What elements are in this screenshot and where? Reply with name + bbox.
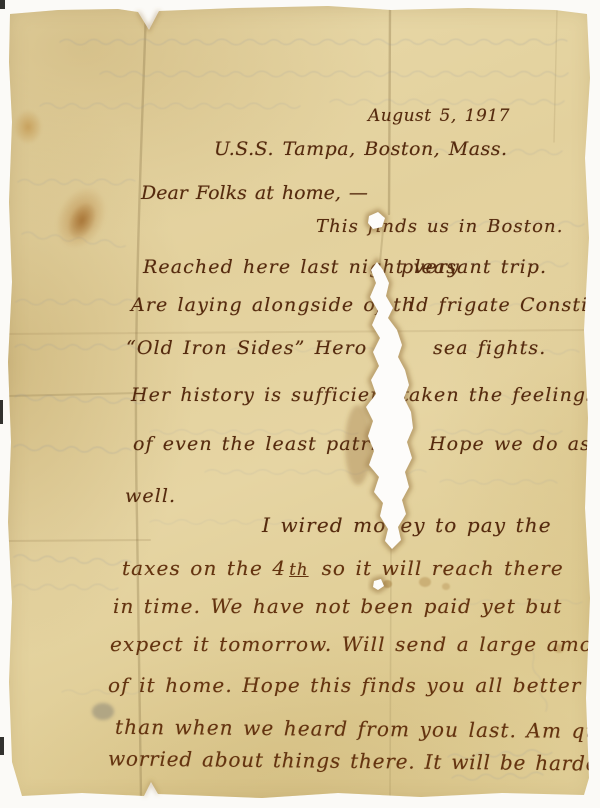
body-text: aken the feelings xyxy=(409,386,597,405)
body-text: so it will reach there xyxy=(322,556,564,580)
body-line: expect it tomorrow. Will send a large am… xyxy=(110,634,600,654)
salutation: Dear Folks at home, — xyxy=(141,184,368,203)
body-line: taxes on the 4thso it will reach there xyxy=(122,558,564,578)
body-line: I wired money to pay the xyxy=(262,515,552,535)
body-line: Reached here last night very pleasant tr… xyxy=(143,258,460,277)
body-line: than when we heard from you last. Am qui… xyxy=(115,717,600,741)
ordinal-underlined: th xyxy=(289,560,308,579)
body-text: Are laying alongside of th xyxy=(131,294,415,316)
body-text: in time. We have not been paid yet but xyxy=(113,594,562,618)
body-text: ld frigate Constitution xyxy=(409,296,600,315)
body-text: of it home. Hope this finds you all bett… xyxy=(108,673,582,697)
body-line: of even the least patriot Hope we do as xyxy=(133,435,399,454)
body-text: This finds us in Boston. xyxy=(316,216,564,237)
body-text: than when we heard from you last. Am qui… xyxy=(115,715,600,743)
scan-artifact xyxy=(0,0,5,9)
body-line: in time. We have not been paid yet but xyxy=(113,596,562,616)
body-text: of even the least patriot xyxy=(133,433,399,455)
body-line: Are laying alongside of th ld frigate Co… xyxy=(131,296,415,315)
body-line: This finds us in Boston. xyxy=(316,218,564,236)
body-text: I wired money to pay the xyxy=(262,513,552,537)
scan-artifact xyxy=(0,400,3,424)
origin-line: U.S.S. Tampa, Boston, Mass. xyxy=(214,140,508,159)
paper-sheet: August 5, 1917 U.S.S. Tampa, Boston, Mas… xyxy=(0,0,600,808)
body-line: worried about things there. It will be h… xyxy=(108,748,600,773)
body-line: well. xyxy=(125,487,176,506)
body-text: Her history is sufficient t xyxy=(131,384,410,406)
body-text: worried about things there. It will be h… xyxy=(108,746,600,775)
body-text: sea fights. xyxy=(433,339,546,358)
body-line: “Old Iron Sides” Hero of sea fights. xyxy=(126,339,397,358)
handwriting: August 5, 1917 U.S.S. Tampa, Boston, Mas… xyxy=(0,0,600,808)
body-text: taxes on the 4 xyxy=(122,556,286,580)
date-line: August 5, 1917 xyxy=(368,108,510,125)
body-text: pleasant trip. xyxy=(401,258,547,277)
scan-artifact xyxy=(0,737,4,755)
scanned-letter: August 5, 1917 U.S.S. Tampa, Boston, Mas… xyxy=(0,0,600,808)
body-text: expect it tomorrow. Will send a large am… xyxy=(110,632,600,656)
body-text: Hope we do as xyxy=(429,435,591,454)
body-text: “Old Iron Sides” Hero of xyxy=(126,337,397,359)
body-text: well. xyxy=(125,485,176,507)
body-line: Her history is sufficient t aken the fee… xyxy=(131,386,410,405)
body-line: of it home. Hope this finds you all bett… xyxy=(108,675,582,695)
